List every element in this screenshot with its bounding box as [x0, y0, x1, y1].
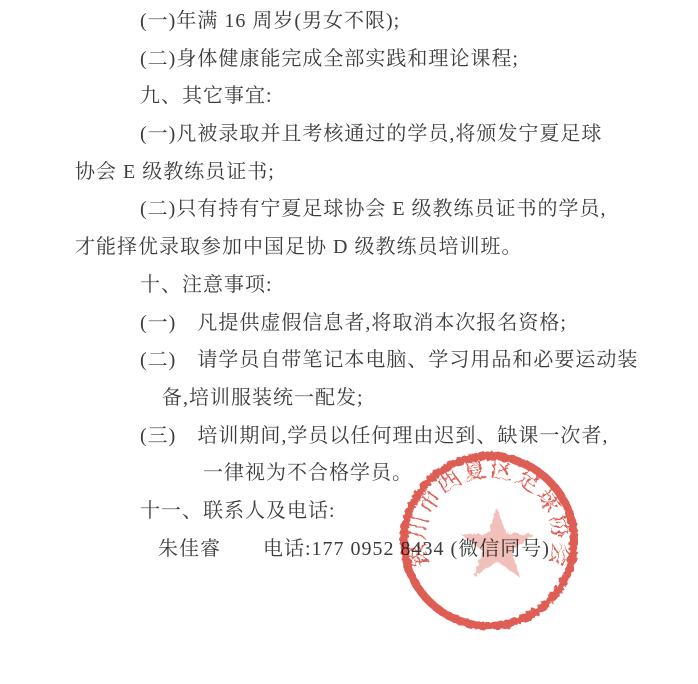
- section-10-heading: 十、注意事项:: [0, 267, 698, 305]
- doc-line-notice-3: (三) 培训期间,学员以任何理由迟到、缺课一次者,: [0, 418, 698, 456]
- doc-line-notice-2-wrap: 备,培训服装统一配发;: [0, 380, 698, 418]
- doc-line-certificate-2: (二)只有持有宁夏足球协会 E 级教练员证书的学员,: [0, 191, 698, 229]
- doc-line-notice-1: (一) 凡提供虚假信息者,将取消本次报名资格;: [0, 305, 698, 343]
- doc-line-notice-3-wrap: 一律视为不合格学员。: [0, 455, 698, 493]
- doc-line-certificate-1: (一)凡被录取并且考核通过的学员,将颁发宁夏足球: [0, 116, 698, 154]
- section-11-heading: 十一、联系人及电话:: [0, 493, 698, 531]
- doc-line-certificate-2-wrap: 才能择优录取参加中国足协 D 级教练员培训班。: [0, 229, 698, 267]
- contact-line: 朱佳睿 电话:177 0952 8434 (微信同号): [0, 531, 698, 569]
- doc-line-health-requirement: (二)身体健康能完成全部实践和理论课程;: [0, 41, 698, 79]
- section-9-heading: 九、其它事宜:: [0, 78, 698, 116]
- doc-line-age-requirement: (一)年满 16 周岁(男女不限);: [0, 3, 698, 41]
- doc-line-certificate-1-wrap: 协会 E 级教练员证书;: [0, 154, 698, 192]
- document-page: (一)年满 16 周岁(男女不限); (二)身体健康能完成全部实践和理论课程; …: [0, 0, 698, 684]
- document-body: (一)年满 16 周岁(男女不限); (二)身体健康能完成全部实践和理论课程; …: [0, 3, 698, 568]
- doc-line-notice-2: (二) 请学员自带笔记本电脑、学习用品和必要运动装: [0, 342, 698, 380]
